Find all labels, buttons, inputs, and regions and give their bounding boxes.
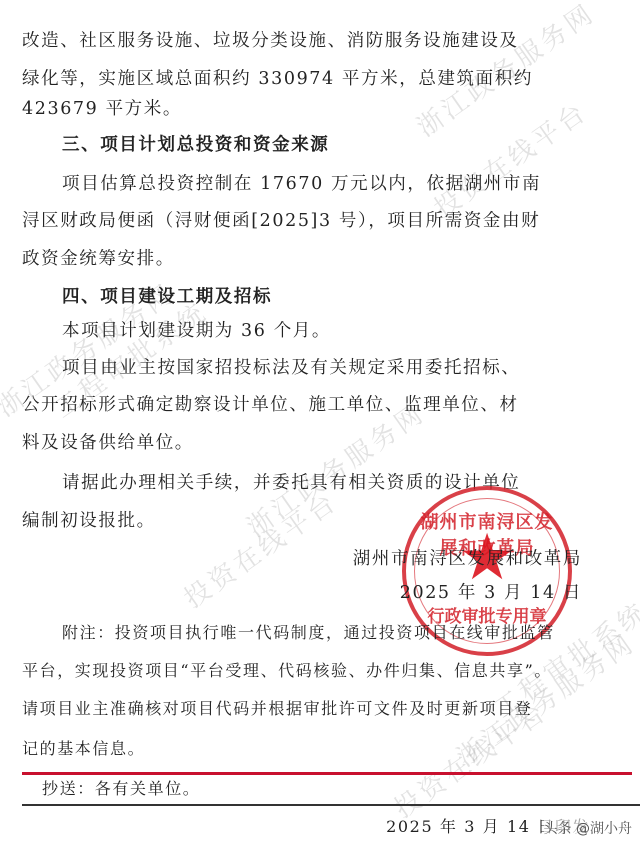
watermark: 投资在线平台 [176, 482, 345, 616]
section-heading-schedule: 四、项目建设工期及招标 [62, 286, 610, 308]
body-line: 政资金统筹安排。 [22, 248, 610, 270]
body-line: 423679 平方米。 [22, 98, 610, 120]
note-line: 请项目业主准确核对项目代码并根据审批许可文件及时更新项目登 [22, 698, 610, 720]
black-divider [22, 804, 640, 806]
signature-org: 湖州市南浔区发展和改革局 [353, 548, 582, 570]
body-line: 项目由业主按国家招投标法及有关规定采用委托招标、 [62, 357, 610, 379]
note-line: 附注：投资项目执行唯一代码制度，通过投资项目在线审批监管 [62, 622, 610, 644]
body-line: 改造、社区服务设施、垃圾分类设施、消防服务设施建设及 [22, 30, 610, 52]
body-line: 料及设备供给单位。 [22, 432, 610, 454]
body-line: 请据此办理相关手续，并委托具有相关资质的设计单位 [62, 472, 610, 494]
cc-line: 抄送：各有关单位。 [42, 778, 610, 800]
signature-date: 2025 年 3 月 14 日 [400, 582, 582, 604]
body-line: 公开招标形式确定勘察设计单位、施工单位、监理单位、材 [22, 394, 610, 416]
body-line: 本项目计划建设期为 36 个月。 [62, 320, 610, 342]
body-line: 绿化等，实施区域总面积约 330974 平方米，总建筑面积约 [22, 68, 610, 90]
note-line: 记的基本信息。 [22, 738, 610, 760]
red-divider [22, 772, 632, 775]
body-line: 项目估算总投资控制在 17670 万元以内，依据湖州市南 [62, 173, 610, 195]
body-line: 浔区财政局便函（浔财便函[2025]3 号），项目所需资金由财 [22, 210, 610, 232]
section-heading-investment: 三、项目计划总投资和资金来源 [62, 134, 610, 156]
note-line: 平台，实现投资项目“平台受理、代码核验、办件归集、信息共享”。 [22, 660, 610, 682]
source-badge: 头条 @湖小舟 [544, 818, 632, 838]
